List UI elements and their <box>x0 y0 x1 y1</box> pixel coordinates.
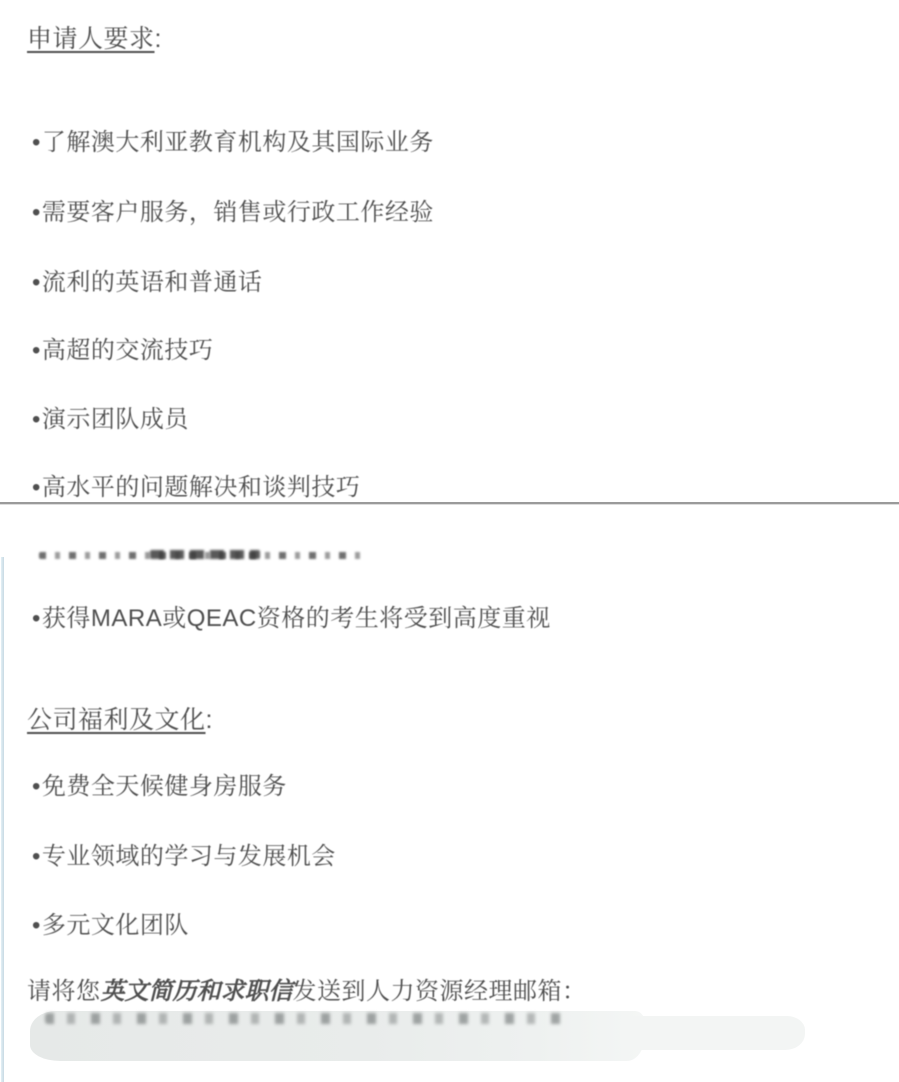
requirements-heading: 申请人要求: <box>27 24 162 54</box>
bullet-marker: • <box>32 337 41 364</box>
requirements-heading-text: 申请人要求 <box>27 25 155 53</box>
list-item: •专业领域的学习与发展机会 <box>32 842 336 872</box>
list-item-text: 高水平的问题解决和谈判技巧 <box>42 474 361 501</box>
list-item: •演示团队成员 <box>32 405 189 435</box>
list-item: •高超的交流技巧 <box>32 336 213 366</box>
bullet-marker: • <box>32 269 41 296</box>
benefits-heading-colon: : <box>206 706 213 734</box>
bullet-marker: • <box>32 406 41 433</box>
benefits-heading: 公司福利及文化: <box>27 705 213 735</box>
clipped-text-fragments-dark <box>150 550 260 559</box>
bullet-marker: • <box>32 605 41 632</box>
list-item: •免费全天候健身房服务 <box>32 772 287 802</box>
list-item: •需要客户服务，销售或行政工作经验 <box>32 198 434 228</box>
list-item-text: 流利的英语和普通话 <box>42 269 263 296</box>
bullet-marker: • <box>32 773 41 800</box>
list-item: •了解澳大利亚教育机构及其国际业务 <box>32 128 434 158</box>
screenshot-left-edge <box>1 557 4 1082</box>
closing-instruction: 请将您英文简历和求职信发送到人力资源经理邮箱： <box>27 977 587 1007</box>
benefits-heading-text: 公司福利及文化 <box>27 706 206 734</box>
bullet-marker: • <box>32 843 41 870</box>
list-item-text: 演示团队成员 <box>42 406 189 433</box>
list-item-text: 了解澳大利亚教育机构及其国际业务 <box>42 129 434 156</box>
bullet-marker: • <box>32 474 41 501</box>
closing-suffix: 发送到人力资源经理邮箱： <box>293 978 587 1005</box>
screenshot-seam-divider <box>0 502 899 505</box>
list-item-text: 高超的交流技巧 <box>42 337 214 364</box>
redacted-email-faint-traces <box>45 1013 565 1024</box>
list-item-text: 免费全天候健身房服务 <box>42 773 287 800</box>
requirements-heading-colon: : <box>155 25 162 53</box>
closing-emphasis: 英文简历和求职信 <box>101 978 293 1005</box>
list-item-text: 获得MARA或QEAC资格的考生将受到高度重视 <box>42 605 551 632</box>
list-item: •多元文化团队 <box>32 911 189 941</box>
list-item: •高水平的问题解决和谈判技巧 <box>32 473 360 503</box>
bullet-marker: • <box>32 912 41 939</box>
bullet-marker: • <box>32 129 41 156</box>
list-item-text: 多元文化团队 <box>42 912 189 939</box>
document-page: 申请人要求: •了解澳大利亚教育机构及其国际业务 •需要客户服务，销售或行政工作… <box>0 0 899 1082</box>
redacted-email-area-tail <box>620 1016 805 1050</box>
list-item-text: 需要客户服务，销售或行政工作经验 <box>42 199 434 226</box>
list-item: •获得MARA或QEAC资格的考生将受到高度重视 <box>32 604 551 634</box>
bullet-marker: • <box>32 199 41 226</box>
list-item: •流利的英语和普通话 <box>32 268 262 298</box>
closing-prefix: 请将您 <box>27 978 101 1005</box>
list-item-text: 专业领域的学习与发展机会 <box>42 843 336 870</box>
